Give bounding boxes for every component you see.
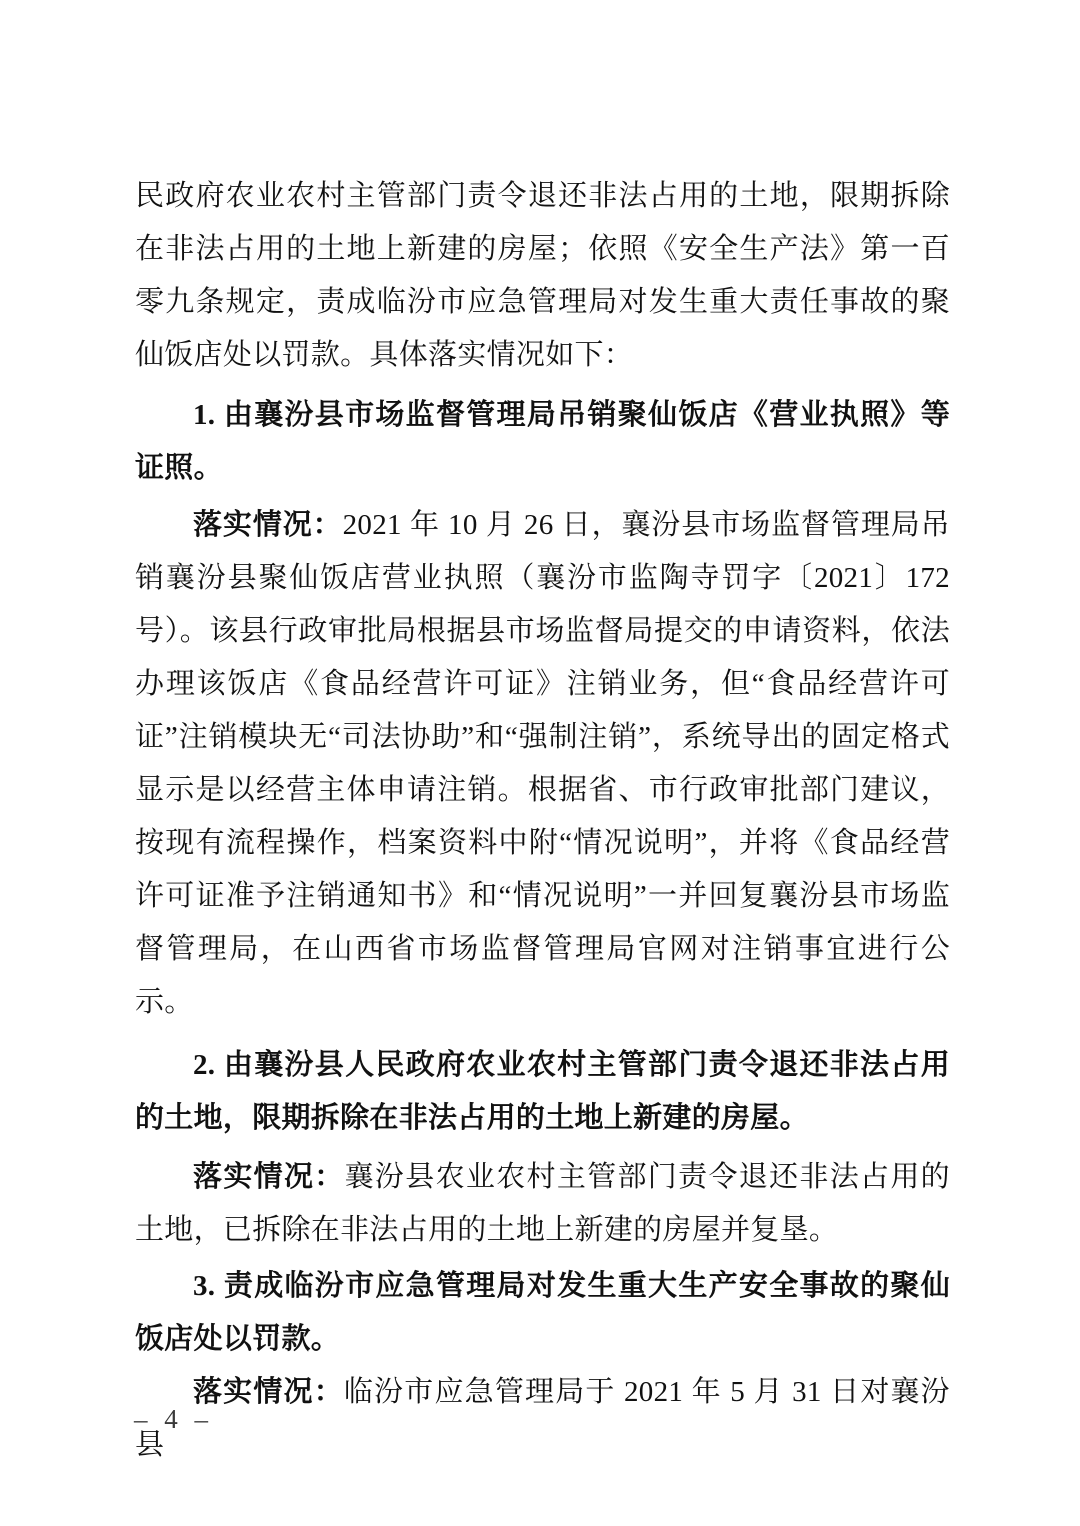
section-1-implementation: 落实情况：2021 年 10 月 26 日，襄汾县市场监督管理局吊销襄汾县聚仙饭… xyxy=(135,499,950,1029)
section-3-heading: 3. 责成临汾市应急管理局对发生重大生产安全事故的聚仙饭店处以罚款。 xyxy=(135,1260,950,1366)
document-page: 民政府农业农村主管部门责令退还非法占用的土地，限期拆除在非法占用的土地上新建的房… xyxy=(0,0,1080,1526)
section-1-heading: 1. 由襄汾县市场监督管理局吊销聚仙饭店《营业执照》等证照。 xyxy=(135,389,950,495)
implementation-label-1: 落实情况： xyxy=(193,509,343,541)
implementation-text-1: 2021 年 10 月 26 日，襄汾县市场监督管理局吊销襄汾县聚仙饭店营业执照… xyxy=(135,509,950,1018)
implementation-label-2: 落实情况： xyxy=(193,1161,345,1193)
continuation-paragraph: 民政府农业农村主管部门责令退还非法占用的土地，限期拆除在非法占用的土地上新建的房… xyxy=(135,170,950,382)
section-2-heading: 2. 由襄汾县人民政府农业农村主管部门责令退还非法占用的土地，限期拆除在非法占用… xyxy=(135,1039,950,1145)
implementation-label-3: 落实情况： xyxy=(193,1376,344,1408)
document-body: 民政府农业农村主管部门责令退还非法占用的土地，限期拆除在非法占用的土地上新建的房… xyxy=(135,170,950,1472)
section-2-implementation: 落实情况：襄汾县农业农村主管部门责令退还非法占用的土地，已拆除在非法占用的土地上… xyxy=(135,1151,950,1257)
section-3-implementation: 落实情况：临汾市应急管理局于 2021 年 5 月 31 日对襄汾县 xyxy=(135,1366,950,1472)
page-number: – 4 – xyxy=(134,1402,213,1436)
